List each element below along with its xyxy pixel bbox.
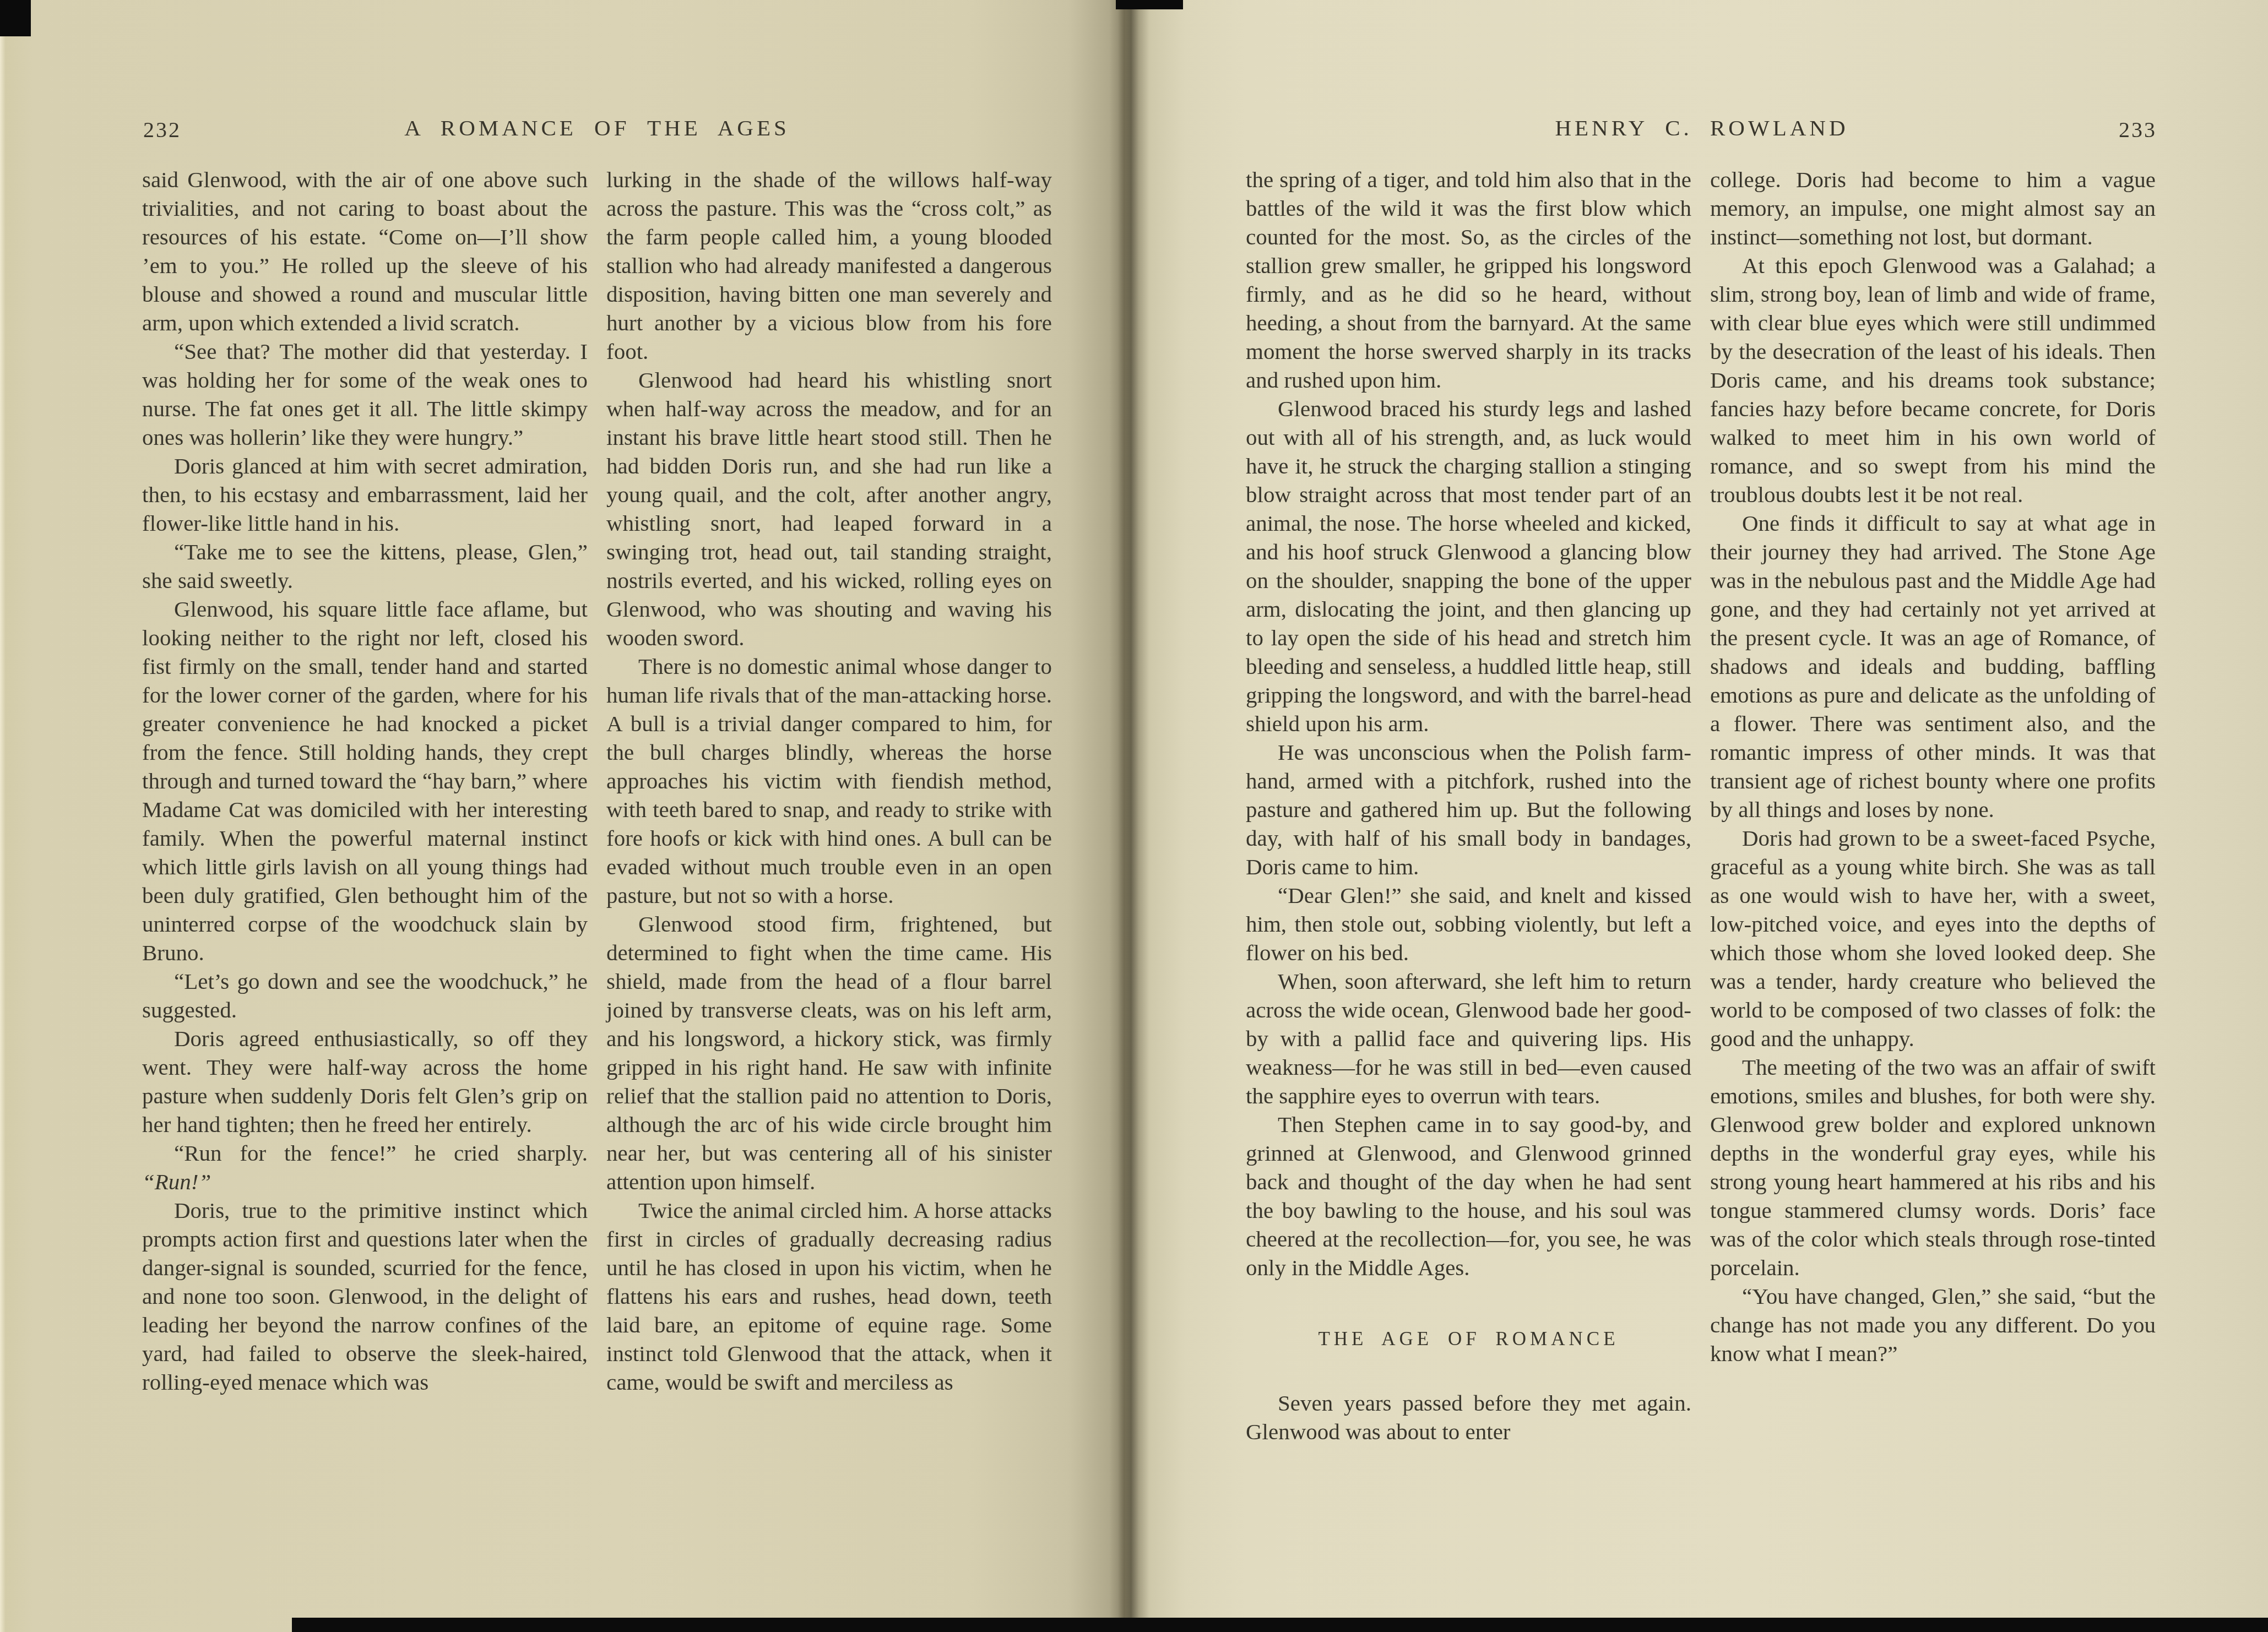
paragraph: Doris glanced at him with secret admirat… — [142, 451, 588, 537]
scan-edge-black — [292, 1618, 2268, 1632]
paragraph: There is no domestic animal whose danger… — [606, 652, 1052, 910]
paragraph: college. Doris had become to him a vague… — [1710, 165, 2156, 251]
page-header-right: HENRY C. ROWLAND 233 — [1246, 111, 2158, 164]
paragraph: Doris had grown to be a sweet-faced Psyc… — [1710, 824, 2156, 1053]
page-232: 232 A ROMANCE OF THE AGES said Glenwood,… — [0, 0, 1125, 1632]
running-title: A ROMANCE OF THE AGES — [142, 111, 1052, 141]
paragraph: “See that? The mother did that yesterday… — [142, 337, 588, 451]
paragraph: Glenwood stood firm, frightened, but det… — [606, 910, 1052, 1196]
page-number: 233 — [2119, 117, 2157, 143]
paragraph: the spring of a tiger, and told him also… — [1246, 165, 1691, 394]
paragraph: “Take me to see the kittens, please, Gle… — [142, 537, 588, 595]
column-2: lurking in the shade of the willows half… — [606, 165, 1052, 1396]
paragraph: “Run for the fence!” he cried sharply. “… — [142, 1139, 588, 1196]
page-number: 232 — [143, 117, 181, 143]
paragraph: lurking in the shade of the willows half… — [606, 165, 1052, 366]
paragraph: Doris agreed enthusiastically, so off th… — [142, 1024, 588, 1139]
paragraph: Then Stephen came in to say good-by, and… — [1246, 1110, 1691, 1282]
scan-binding-notch — [1116, 0, 1183, 9]
column-1: said Glenwood, with the air of one above… — [142, 165, 588, 1396]
paragraph: “You have changed, Glen,” she said, “but… — [1710, 1282, 2156, 1368]
book-spread: 232 A ROMANCE OF THE AGES said Glenwood,… — [0, 0, 2268, 1632]
column-4: college. Doris had become to him a vague… — [1710, 165, 2156, 1446]
paragraph: THE AGE OF ROMANCE — [1246, 1328, 1691, 1350]
column-3: the spring of a tiger, and told him also… — [1246, 165, 1691, 1446]
paragraph: Glenwood, his square little face aflame,… — [142, 595, 588, 967]
paragraph: Seven years passed before they met again… — [1246, 1389, 1691, 1446]
paragraph: said Glenwood, with the air of one above… — [142, 165, 588, 337]
paragraph: “Let’s go down and see the woodchuck,” h… — [142, 967, 588, 1024]
page-header-left: 232 A ROMANCE OF THE AGES — [142, 111, 1052, 164]
paragraph: One finds it difficult to say at what ag… — [1710, 509, 2156, 824]
paragraph: He was unconscious when the Polish farm-… — [1246, 738, 1691, 881]
paragraph: “Dear Glen!” she said, and knelt and kis… — [1246, 881, 1691, 967]
paragraph: Twice the animal circled him. A horse at… — [606, 1196, 1052, 1396]
paragraph: Doris, true to the primitive instinct wh… — [142, 1196, 588, 1396]
scan-corner-black — [0, 0, 31, 36]
paragraph: When, soon afterward, she left him to re… — [1246, 967, 1691, 1110]
text-columns: said Glenwood, with the air of one above… — [142, 165, 1052, 1396]
text-columns: the spring of a tiger, and told him also… — [1246, 165, 2158, 1446]
paragraph: The meeting of the two was an affair of … — [1710, 1053, 2156, 1282]
paragraph: At this epoch Glenwood was a Galahad; a … — [1710, 251, 2156, 509]
paragraph: Glenwood had heard his whistling snort w… — [606, 366, 1052, 652]
paragraph: Glenwood braced his sturdy legs and lash… — [1246, 394, 1691, 738]
running-title: HENRY C. ROWLAND — [1246, 111, 2158, 141]
page-233: HENRY C. ROWLAND 233 the spring of a tig… — [1125, 0, 2268, 1632]
